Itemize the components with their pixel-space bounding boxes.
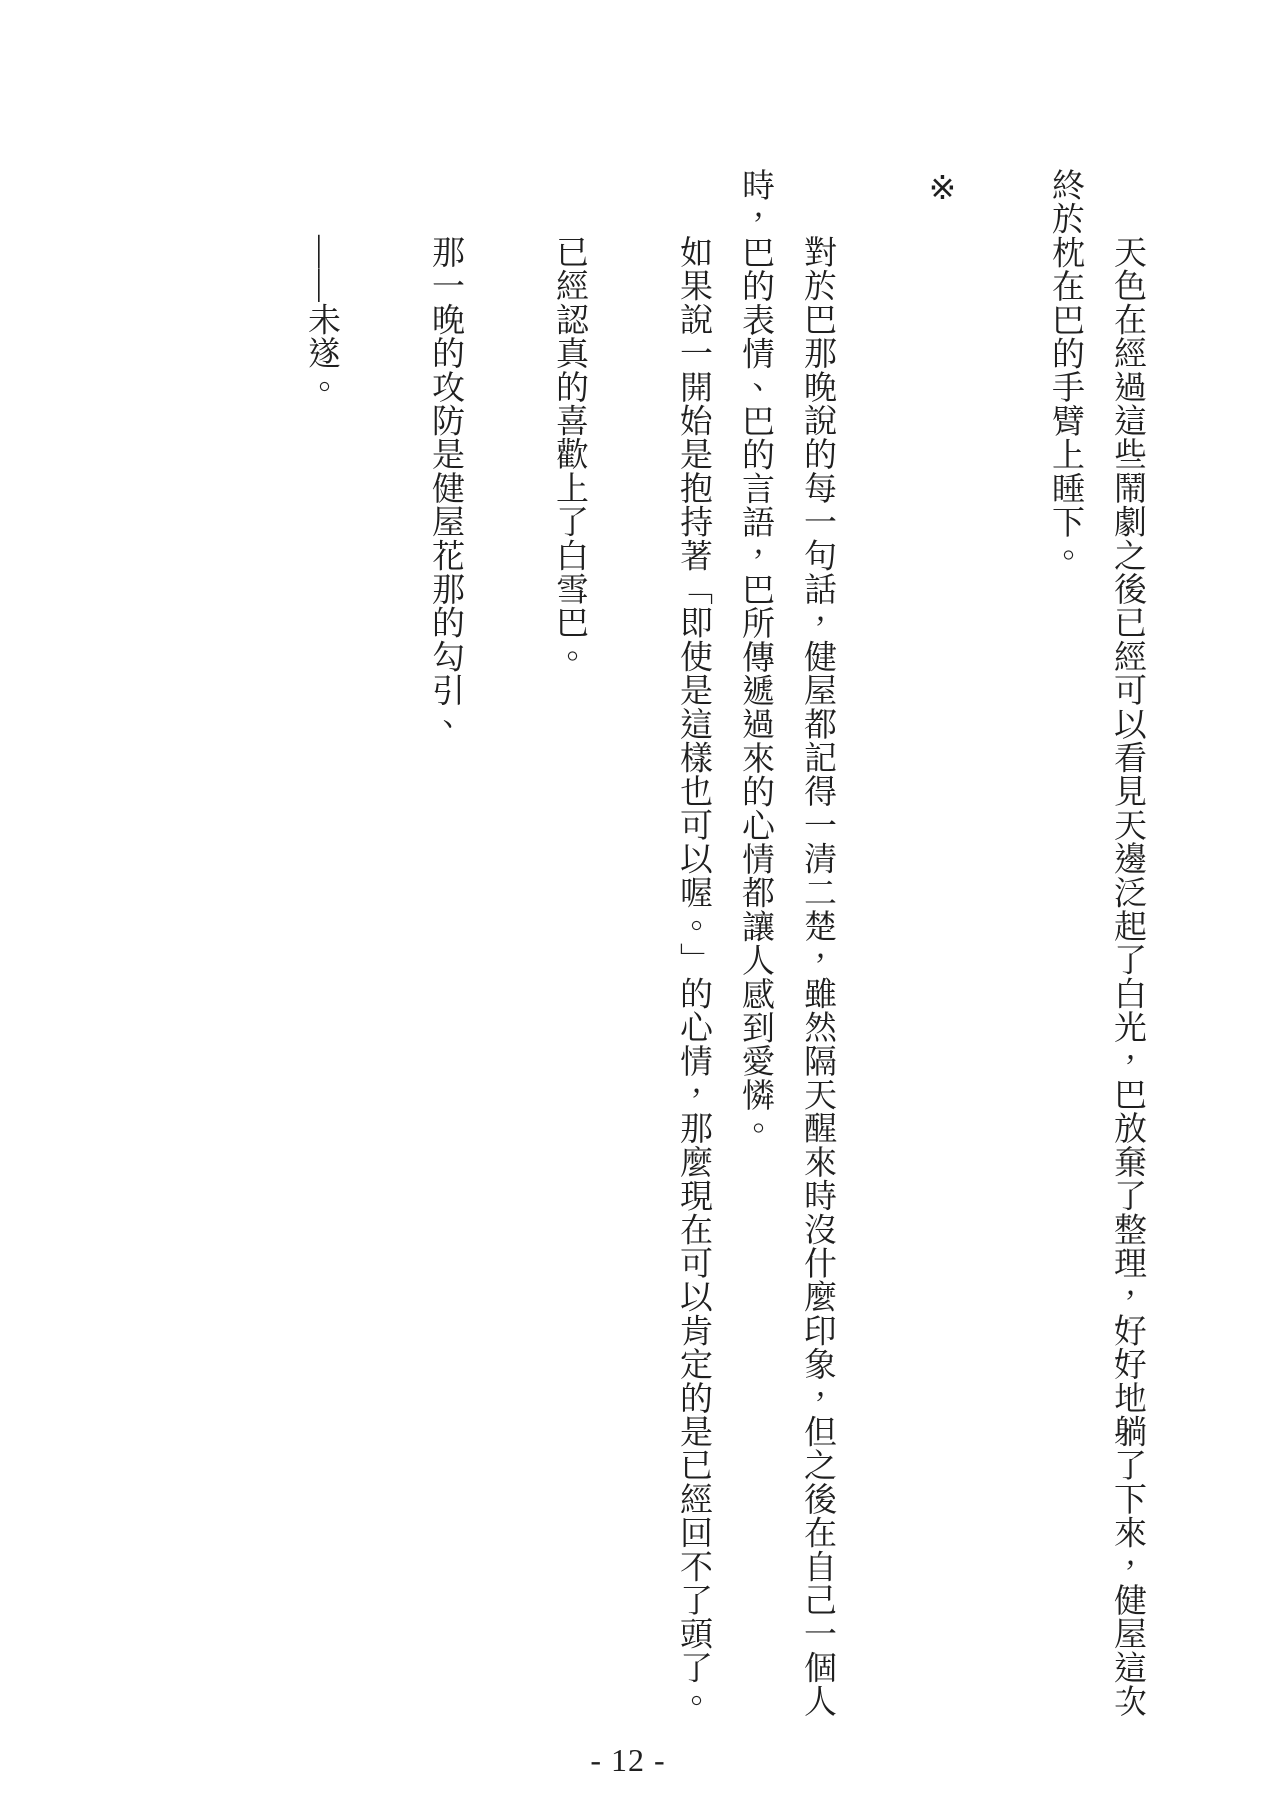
text-column: 已經認真的喜歡上了白雪巴。: [538, 168, 600, 1720]
text-column: ——未遂。: [290, 168, 352, 1720]
text-column: 那一晚的攻防是健屋花那的勾引、: [414, 168, 476, 1720]
vertical-text-body: 天色在經過這些鬧劇之後已經可以看見天邊泛起了白光，巴放棄了整理，好好地躺了下來，…: [290, 168, 1158, 1720]
text-column: 終於枕在巴的手臂上睡下。: [1034, 168, 1096, 1720]
text-column: 如果說一開始是抱持著「即使是這樣也可以喔。」的心情，那麼現在可以肯定的是已經回不…: [662, 168, 724, 1720]
text-column: 時，巴的表情、巴的言語，巴所傳遞過來的心情都讓人感到愛憐。: [724, 168, 786, 1720]
book-page: 天色在經過這些鬧劇之後已經可以看見天邊泛起了白光，巴放棄了整理，好好地躺了下來，…: [0, 0, 1280, 1813]
section-separator-mark: ※: [910, 168, 972, 1720]
page-number: - 12 -: [0, 1742, 1256, 1779]
text-column: 天色在經過這些鬧劇之後已經可以看見天邊泛起了白光，巴放棄了整理，好好地躺了下來，…: [1096, 168, 1158, 1720]
text-column: 對於巴那晚說的每一句話，健屋都記得一清二楚，雖然隔天醒來時沒什麼印象，但之後在自…: [786, 168, 848, 1720]
